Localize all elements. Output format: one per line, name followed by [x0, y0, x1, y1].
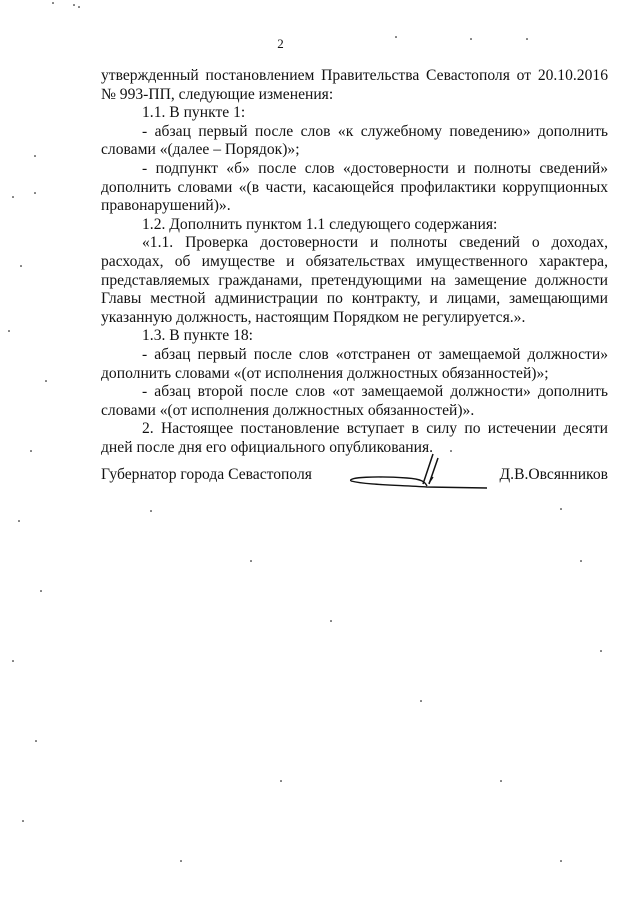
scan-speck: [150, 510, 152, 512]
scan-speck: [34, 192, 36, 194]
paragraph-intro: утвержденный постановлением Правительств…: [101, 67, 608, 104]
scan-speck: [420, 700, 422, 702]
scan-speck: [526, 38, 528, 40]
page-number: 2: [0, 36, 597, 52]
handwritten-signature-icon: [337, 450, 507, 500]
paragraph-1-3-item-b: - абзац второй после слов «от замещаемой…: [101, 383, 608, 420]
scan-speck: [45, 380, 47, 382]
scan-speck: [78, 6, 80, 8]
scan-speck: [250, 560, 252, 562]
paragraph-1-3-heading: 1.3. В пункте 18:: [101, 327, 608, 346]
scan-speck: [560, 860, 562, 862]
paragraph-1-2-quote: «1.1. Проверка достоверности и полноты с…: [101, 234, 608, 327]
scan-speck: [330, 620, 332, 622]
scan-speck: [12, 196, 14, 198]
paragraph-1-1-heading: 1.1. В пункте 1:: [101, 104, 608, 123]
scan-speck: [40, 590, 42, 592]
scan-speck: [34, 155, 36, 157]
scan-speck: [580, 560, 582, 562]
paragraph-1-2-heading: 1.2. Дополнить пунктом 1.1 следующего со…: [101, 216, 608, 235]
signatory-title: Губернатор города Севастополя: [101, 466, 312, 485]
scan-speck: [600, 650, 602, 652]
scan-speck: [180, 860, 182, 862]
scan-speck: [395, 36, 397, 38]
scan-speck: [52, 2, 54, 4]
signature-block: Губернатор города Севастополя Д.В.Овсянн…: [101, 466, 608, 496]
scan-speck: [22, 820, 24, 822]
scan-speck: [18, 520, 20, 522]
scan-speck: [470, 38, 472, 40]
scan-speck: [560, 508, 562, 510]
scan-speck: [73, 4, 75, 6]
signatory-name: Д.В.Овсянников: [500, 466, 608, 485]
document-body: утвержденный постановлением Правительств…: [101, 67, 608, 457]
document-page: 2 утвержденный постановлением Правительс…: [0, 0, 633, 905]
scan-speck: [35, 740, 37, 742]
scan-speck: [450, 450, 452, 452]
scan-speck: [280, 780, 282, 782]
scan-speck: [500, 780, 502, 782]
paragraph-1-1-item-a: - абзац первый после слов «к служебному …: [101, 123, 608, 160]
scan-speck: [30, 450, 32, 452]
scan-speck: [8, 330, 10, 332]
paragraph-1-3-item-a: - абзац первый после слов «отстранен от …: [101, 346, 608, 383]
scan-speck: [12, 660, 14, 662]
paragraph-1-1-item-b: - подпункт «б» после слов «достоверности…: [101, 160, 608, 216]
scan-speck: [20, 265, 22, 267]
